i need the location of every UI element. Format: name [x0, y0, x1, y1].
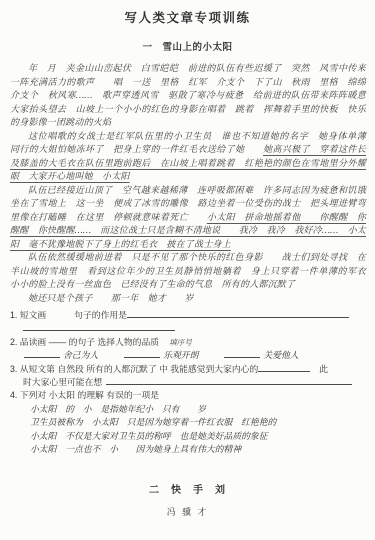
answer-blank [127, 309, 349, 318]
text-run: 3. 从短文第 自然段 所有的人都沉默了 中 我能感觉到大家内心的 [10, 364, 258, 374]
section2-heading: 二 快 手 刘 [0, 481, 375, 496]
question-4: 4. 下列对 小太阳 的理解 有误的一项是 [10, 389, 366, 402]
answer-blank [124, 349, 160, 358]
question-1: 1. 短文画句子的作用是 [10, 309, 366, 322]
text-run: 小太阳 不仅是大家对卫生员的称呼 也是她美好品质的象征 [30, 431, 268, 441]
spacer [159, 344, 169, 345]
text-run: 她还只是个孩子 那一年 她才 岁 [28, 293, 194, 303]
text-run: 乐观开朗 [163, 350, 198, 360]
text-run: 填序号 [169, 338, 192, 347]
section2-author: 冯 骥 才 [0, 505, 375, 518]
question-2-choices: 舍己为人乐观开朗关爱他人 [10, 349, 366, 362]
spacer [10, 330, 23, 331]
answer-blank [224, 349, 260, 358]
doc-title: 写人类文章专项训练 [0, 0, 375, 26]
question-1-continued [10, 322, 366, 335]
story-paragraph: 年 月 夹金山山峦起伏 白雪皑皑 前进的队伍有些迟缓了 突然 风雪中传来一阵充满… [10, 62, 366, 130]
text-run: 卫生员被称为 小太阳 只是因为她穿着一件红衣服 红艳艳的 [30, 417, 276, 427]
story-body: 年 月 夹金山山峦起伏 白雪皑皑 前进的队伍有些迟缓了 突然 风雪中传来一阵充满… [10, 62, 366, 305]
text-run: 句子的作用是 [74, 310, 127, 320]
text-run: 关爱他人 [263, 350, 298, 360]
spacer [10, 424, 30, 425]
question-4-option-a: 小太阳 的 小 是指她年纪小 只有 岁 [10, 403, 366, 416]
story-paragraph: 队伍依然缓缓地前进着 只是不见了那个快乐的红色身影 战士们到处寻找 在半山坡的雪… [10, 251, 366, 292]
answer-blank [24, 349, 60, 358]
spacer [10, 384, 23, 385]
question-3-continued: 时大家心里可能在想 [10, 376, 366, 389]
question-4-option-d: 小太阳 一点也不 小 因为她身上具有伟大的精神 [10, 443, 366, 456]
worksheet-page: 写人类文章专项训练 一 雪山上的小太阳 年 月 夹金山山峦起伏 白雪皑皑 前进的… [0, 0, 375, 540]
question-4-option-c: 小太阳 不仅是大家对卫生员的称呼 也是她美好品质的象征 [10, 430, 366, 443]
answer-blank [258, 363, 310, 372]
spacer [10, 357, 24, 358]
section1-heading: 一 雪山上的小太阳 [0, 39, 375, 53]
story-paragraph: 这位唱歌的女战士是红军队伍里的小卫生员 谁也不知道她的名字 她身体单薄 同行的大… [10, 130, 366, 184]
answer-blank [106, 376, 352, 385]
text-run: 小太阳 一点也不 小 因为她身上具有伟大的精神 [30, 444, 241, 454]
spacer [98, 357, 124, 358]
spacer [10, 451, 30, 452]
questions-block: 1. 短文画句子的作用是2. 品读画 —— 的句子 选择人物的品质填序号舍己为人… [10, 309, 366, 456]
spacer [46, 317, 74, 318]
answer-blank [23, 322, 175, 331]
text-run: 1. 短文画 [10, 310, 46, 320]
text-run: 年 月 夹金山山峦起伏 白雪皑皑 前进的队伍有些迟缓了 突然 风雪中传来一阵充满… [10, 63, 375, 127]
question-3: 3. 从短文第 自然段 所有的人都沉默了 中 我能感觉到大家内心的此 [10, 363, 366, 376]
text-run: 4. 下列对 小太阳 的理解 有误的一项是 [10, 390, 159, 400]
text-run: 小太阳 的 小 是指她年纪小 只有 岁 [30, 404, 206, 414]
spacer [10, 411, 30, 412]
text-run: 此 [319, 364, 328, 374]
spacer [10, 438, 30, 439]
spacer [310, 371, 319, 372]
spacer [198, 357, 224, 358]
text-run: 时大家心里可能在想 [23, 377, 102, 387]
story-paragraph: 她还只是个孩子 那一年 她才 岁 [10, 292, 366, 306]
text-run: 队伍依然缓缓地前进着 只是不见了那个快乐的红色身影 战士们到处寻找 在半山坡的雪… [10, 252, 375, 289]
question-4-option-b: 卫生员被称为 小太阳 只是因为她穿着一件红衣服 红艳艳的 [10, 416, 366, 429]
story-paragraph: 队伍已经接近山顶了 空气越来越稀薄 连呼吸都困难 许多同志因为疲惫和饥饿坐在了雪… [10, 184, 366, 252]
question-2: 2. 品读画 —— 的句子 选择人物的品质填序号 [10, 336, 366, 349]
text-run: 2. 品读画 —— 的句子 选择人物的品质 [10, 337, 159, 347]
text-run: 舍己为人 [63, 350, 98, 360]
